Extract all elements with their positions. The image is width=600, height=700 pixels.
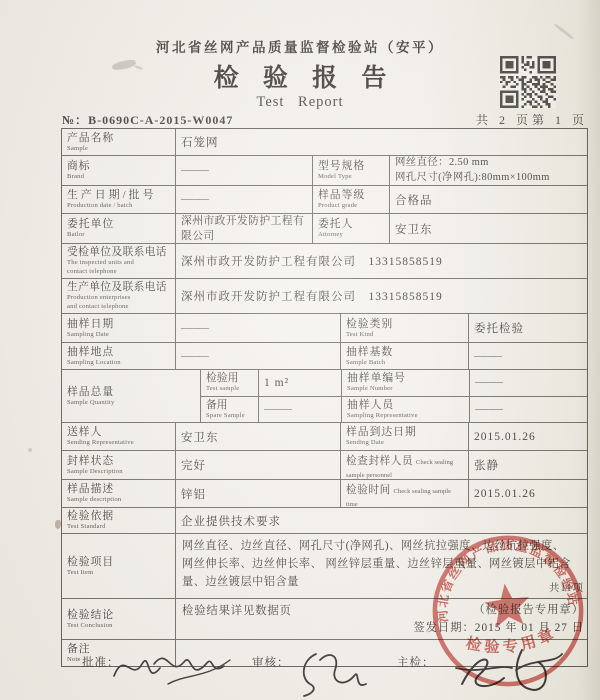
sampling-rep-subrow: 抽样人员 Sampling Representative ———	[341, 396, 587, 423]
test-kind-label: 检验类别 Test Kind	[340, 314, 468, 342]
sample-number-subrow: 抽样单编号 Sample Number ———	[341, 370, 587, 396]
station-name: 河北省丝网产品质量监督检验站（安平）	[0, 36, 600, 56]
test-time-value: 2015.01.26	[468, 480, 587, 507]
row-brand-model: 商标 Brand ——— 型号规格 Model Type 网丝直径：2.50 m…	[62, 155, 587, 185]
arrival-date-label: 样品到达日期 Sending Date	[340, 423, 468, 450]
svg-text:检验专用章: 检验专用章	[462, 623, 561, 661]
seal-state-label: 封样状态 Sample Description	[62, 451, 175, 479]
sample-number-label: 抽样单编号 Sample Number	[341, 370, 469, 396]
model-label: 型号规格 Model Type	[312, 156, 389, 185]
attorney-value: 安卫东	[389, 214, 587, 243]
spare-sample-value: ———	[258, 397, 341, 423]
sampling-location-value: ———	[175, 343, 340, 369]
sampling-date-value: ———	[175, 314, 340, 342]
spare-sample-label: 备用 Spare Sample	[200, 397, 258, 423]
test-sample-value: 1 m²	[258, 370, 341, 396]
sending-rep-label: 送样人 Sending Representative	[62, 423, 175, 450]
sampling-rep-value: ———	[469, 397, 587, 423]
inspection-stamp: 河北省丝网产品质量监督检验站 检验专用章	[417, 521, 600, 700]
row-bailor-attorney: 委托单位 Bailor 深州市政开发防护工程有限公司 委托人 Attorney …	[62, 213, 587, 243]
production-date-label: 生 产 日 期 / 批 号 Production date / batch	[62, 186, 175, 213]
sample-number-value: ———	[469, 370, 587, 396]
dust-speck-artifact	[28, 448, 32, 452]
arrival-date-value: 2015.01.26	[468, 423, 587, 450]
review-signature	[292, 644, 384, 700]
approve-signature	[110, 642, 240, 694]
row-proddate-grade: 生 产 日 期 / 批 号 Production date / batch ——…	[62, 185, 587, 213]
inspected-units-value: 深州市政开发防护工程有限公司 13315858519	[175, 244, 587, 278]
scanned-test-report-page: 河北省丝网产品质量监督检验站（安平） 检 验 报 告 Test Report №…	[0, 0, 600, 700]
bailor-label: 委托单位 Bailor	[62, 214, 175, 243]
spare-sample-subrow: 备用 Spare Sample ———	[200, 396, 341, 423]
sampling-location-label: 抽样地点 Sampling Location	[62, 343, 175, 369]
check-personnel-value: 张静	[468, 451, 587, 479]
inspected-units-label: 受检单位及联系电话 The inspected units and contac…	[62, 244, 175, 278]
brand-label: 商标 Brand	[62, 156, 175, 185]
review-label: 审核：	[252, 654, 290, 670]
row-location-batch: 抽样地点 Sampling Location ——— 抽样基数 Sample B…	[62, 342, 587, 369]
test-sample-label: 检验用 Test sample	[200, 370, 258, 396]
product-value: 石笼网	[175, 129, 587, 155]
conclusion-label: 检验结论 Test Conclusion	[62, 599, 175, 639]
test-items-label: 检验项目 Test Item	[62, 534, 175, 598]
sample-quantity-label: 样品总量 Sample Quantity	[62, 370, 200, 422]
row-production-enterprise: 生产单位及联系电话 Production enterprises and con…	[62, 278, 587, 313]
sampling-date-label: 抽样日期 Sampling Date	[62, 314, 175, 342]
brand-value: ———	[175, 156, 312, 185]
sending-rep-value: 安卫东	[175, 423, 340, 450]
grade-label: 样品等级 Product grade	[312, 186, 389, 213]
sample-batch-value: ———	[468, 343, 587, 369]
sample-number-subtable: 抽样单编号 Sample Number ——— 抽样人员 Sampling Re…	[341, 370, 587, 422]
model-value: 网丝直径：2.50 mm 网孔尺寸(净网孔):80mm×100mm	[389, 156, 587, 185]
bailor-value: 深州市政开发防护工程有限公司	[175, 214, 312, 243]
row-samplingdate-testkind: 抽样日期 Sampling Date ——— 检验类别 Test Kind 委托…	[62, 313, 587, 342]
sampling-rep-label: 抽样人员 Sampling Representative	[341, 397, 469, 423]
product-label: 产品名称 Sample	[62, 129, 175, 155]
sample-batch-label: 抽样基数 Sample Batch	[340, 343, 468, 369]
production-enterprise-value: 深州市政开发防护工程有限公司 13315858519	[175, 279, 587, 313]
seal-state-value: 完好	[175, 451, 340, 479]
sample-quantity-subtable: 检验用 Test sample 1 m² 备用 Spare Sample ———	[200, 370, 341, 422]
production-date-value: ———	[175, 186, 312, 213]
sample-desc-value: 锌铝	[175, 480, 340, 507]
test-time-label: 检验时间 Check sealing sample time	[340, 480, 468, 507]
row-desc-testtime: 样品描述 Sample description 锌铝 检验时间 Check se…	[62, 479, 587, 507]
test-sample-subrow: 检验用 Test sample 1 m²	[200, 370, 341, 396]
qr-code-icon	[500, 56, 556, 108]
sample-desc-label: 样品描述 Sample description	[62, 480, 175, 507]
grade-value: 合格品	[389, 186, 587, 213]
report-number-line: №：B-0690C-A-2015-W0047 共 2 页第 1 页	[62, 111, 588, 128]
row-sender-arrival: 送样人 Sending Representative 安卫东 样品到达日期 Se…	[62, 422, 587, 450]
pagination: 共 2 页第 1 页	[476, 111, 588, 128]
row-sample-quantity: 样品总量 Sample Quantity 检验用 Test sample 1 m…	[62, 369, 587, 422]
row-sealstate-checker: 封样状态 Sample Description 完好 检查封样人员 Check …	[62, 450, 587, 479]
row-product: 产品名称 Sample 石笼网	[62, 129, 587, 155]
chief-label: 主检：	[397, 654, 435, 670]
test-kind-value: 委托检验	[468, 314, 587, 342]
check-personnel-label: 检查封样人员 Check sealing sample personnel	[340, 451, 468, 479]
stamp-bottom-text: 检验专用章	[462, 623, 561, 661]
attorney-label: 委托人 Attorney	[312, 214, 389, 243]
test-standard-label: 检验依据 Test Standard	[62, 508, 175, 533]
row-inspected-units: 受检单位及联系电话 The inspected units and contac…	[62, 243, 587, 278]
production-enterprise-label: 生产单位及联系电话 Production enterprises and con…	[62, 279, 175, 313]
report-number: №：B-0690C-A-2015-W0047	[62, 111, 233, 128]
